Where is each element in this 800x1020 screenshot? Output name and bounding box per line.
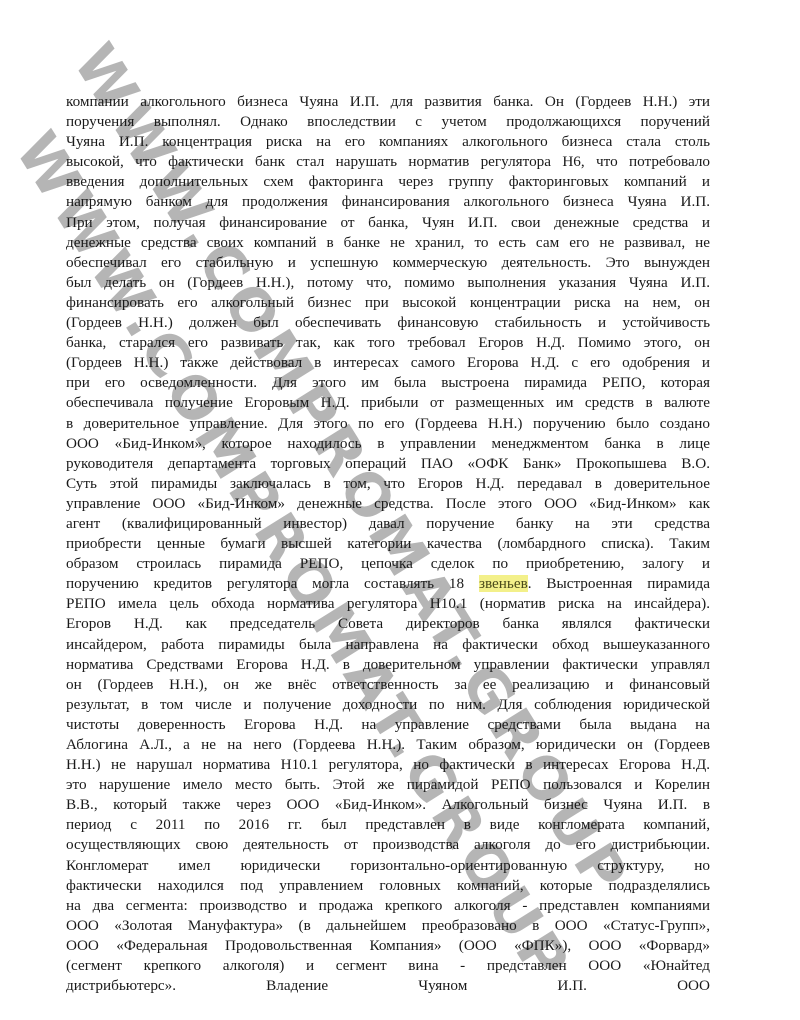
text-line: высокой, что фактически банк стал наруша… xyxy=(66,152,710,172)
text-line: ООО «Золотая Мануфактура» (в дальнейшем … xyxy=(66,916,710,936)
text-line: чистоты доверенность Егорова Н.Д. на упр… xyxy=(66,715,710,735)
highlighted-word: звеньев xyxy=(479,575,528,592)
text-line: на два сегмента: производство и продажа … xyxy=(66,896,710,916)
text-line: Егоров Н.Д. как председатель Совета дире… xyxy=(66,614,710,634)
text-line: банка, старался его развивать так, как т… xyxy=(66,333,710,353)
text-line: период с 2011 по 2016 гг. был представле… xyxy=(66,815,710,835)
text-line: Н.Н.) не нарушал норматива Н10.1 регулят… xyxy=(66,755,710,775)
text-line: (сегмент крепкого алкоголя) и сегмент ви… xyxy=(66,956,710,976)
text-line: обеспечивал его стабильную и успешную ко… xyxy=(66,253,710,273)
text-line: напрямую банком для продолжения финансир… xyxy=(66,192,710,212)
text-line: В.В., который также через ООО «Бид-Инком… xyxy=(66,795,710,815)
text-line: руководителя департамента торговых опера… xyxy=(66,454,710,474)
text-line: финансировать его алкогольный бизнес при… xyxy=(66,293,710,313)
text-line: был делать он (Гордеев Н.Н.), потому что… xyxy=(66,273,710,293)
text-line: инсайдером, работа пирамиды была направл… xyxy=(66,635,710,655)
text-line: поручения выполнял. Однако впоследствии … xyxy=(66,112,710,132)
text-line: (Гордеев Н.Н.) должен был обеспечивать ф… xyxy=(66,313,710,333)
text-line: образом строилась пирамида РЕПО, цепочка… xyxy=(66,554,710,574)
text-line: Суть этой пирамиды заключалась в том, чт… xyxy=(66,474,710,494)
text-line: При этом, получая финансирование от банк… xyxy=(66,213,710,233)
text-line: Конгломерат имел юридически горизонтальн… xyxy=(66,856,710,876)
text-line: Аблогина А.Л., а не на него (Гордеева Н.… xyxy=(66,735,710,755)
text-line: Чуяна И.П. концентрация риска на его ком… xyxy=(66,132,710,152)
document-page: компании алкогольного бизнеса Чуяна И.П.… xyxy=(66,92,710,996)
text-line: при его осведомленности. Для этого им бы… xyxy=(66,373,710,393)
text-line: обеспечивала получение Егоровым Н.Д. при… xyxy=(66,393,710,413)
text-line: РЕПО имела цель обхода норматива регулят… xyxy=(66,594,710,614)
text-line: управление ООО «Бид-Инком» денежные сред… xyxy=(66,494,710,514)
text-line: денежные средства своих компаний в банке… xyxy=(66,233,710,253)
text-line: (Гордеев Н.Н.) также действовал в интере… xyxy=(66,353,710,373)
text-line: компании алкогольного бизнеса Чуяна И.П.… xyxy=(66,92,710,112)
text-line: дистрибьютерс». Владение Чуяном И.П. ООО xyxy=(66,976,710,996)
text-segment: поручению кредитов регулятора могла сост… xyxy=(66,575,479,592)
text-line: приобрести ценные бумаги высшей категори… xyxy=(66,534,710,554)
text-line: он (Гордеев Н.Н.), он же внёс ответствен… xyxy=(66,675,710,695)
text-line: ООО «Бид-Инком», которое находилось в уп… xyxy=(66,434,710,454)
text-line: результат, в том числе и получение доход… xyxy=(66,695,710,715)
text-line: ООО «Федеральная Продовольственная Компа… xyxy=(66,936,710,956)
text-line: фактически находился под управлением гол… xyxy=(66,876,710,896)
text-line: поручению кредитов регулятора могла сост… xyxy=(66,574,710,594)
text-line: агент (квалифицированный инвестор) давал… xyxy=(66,514,710,534)
text-line: это нарушение имело место быть. Этой же … xyxy=(66,775,710,795)
text-line: норматива Средствами Егорова Н.Д. в дове… xyxy=(66,655,710,675)
text-line: введения дополнительных схем факторинга … xyxy=(66,172,710,192)
text-line: в доверительное управление. Для этого по… xyxy=(66,414,710,434)
text-segment: . Выстроенная пирамида xyxy=(528,575,710,592)
text-line: осуществляющих свою деятельность от прои… xyxy=(66,835,710,855)
